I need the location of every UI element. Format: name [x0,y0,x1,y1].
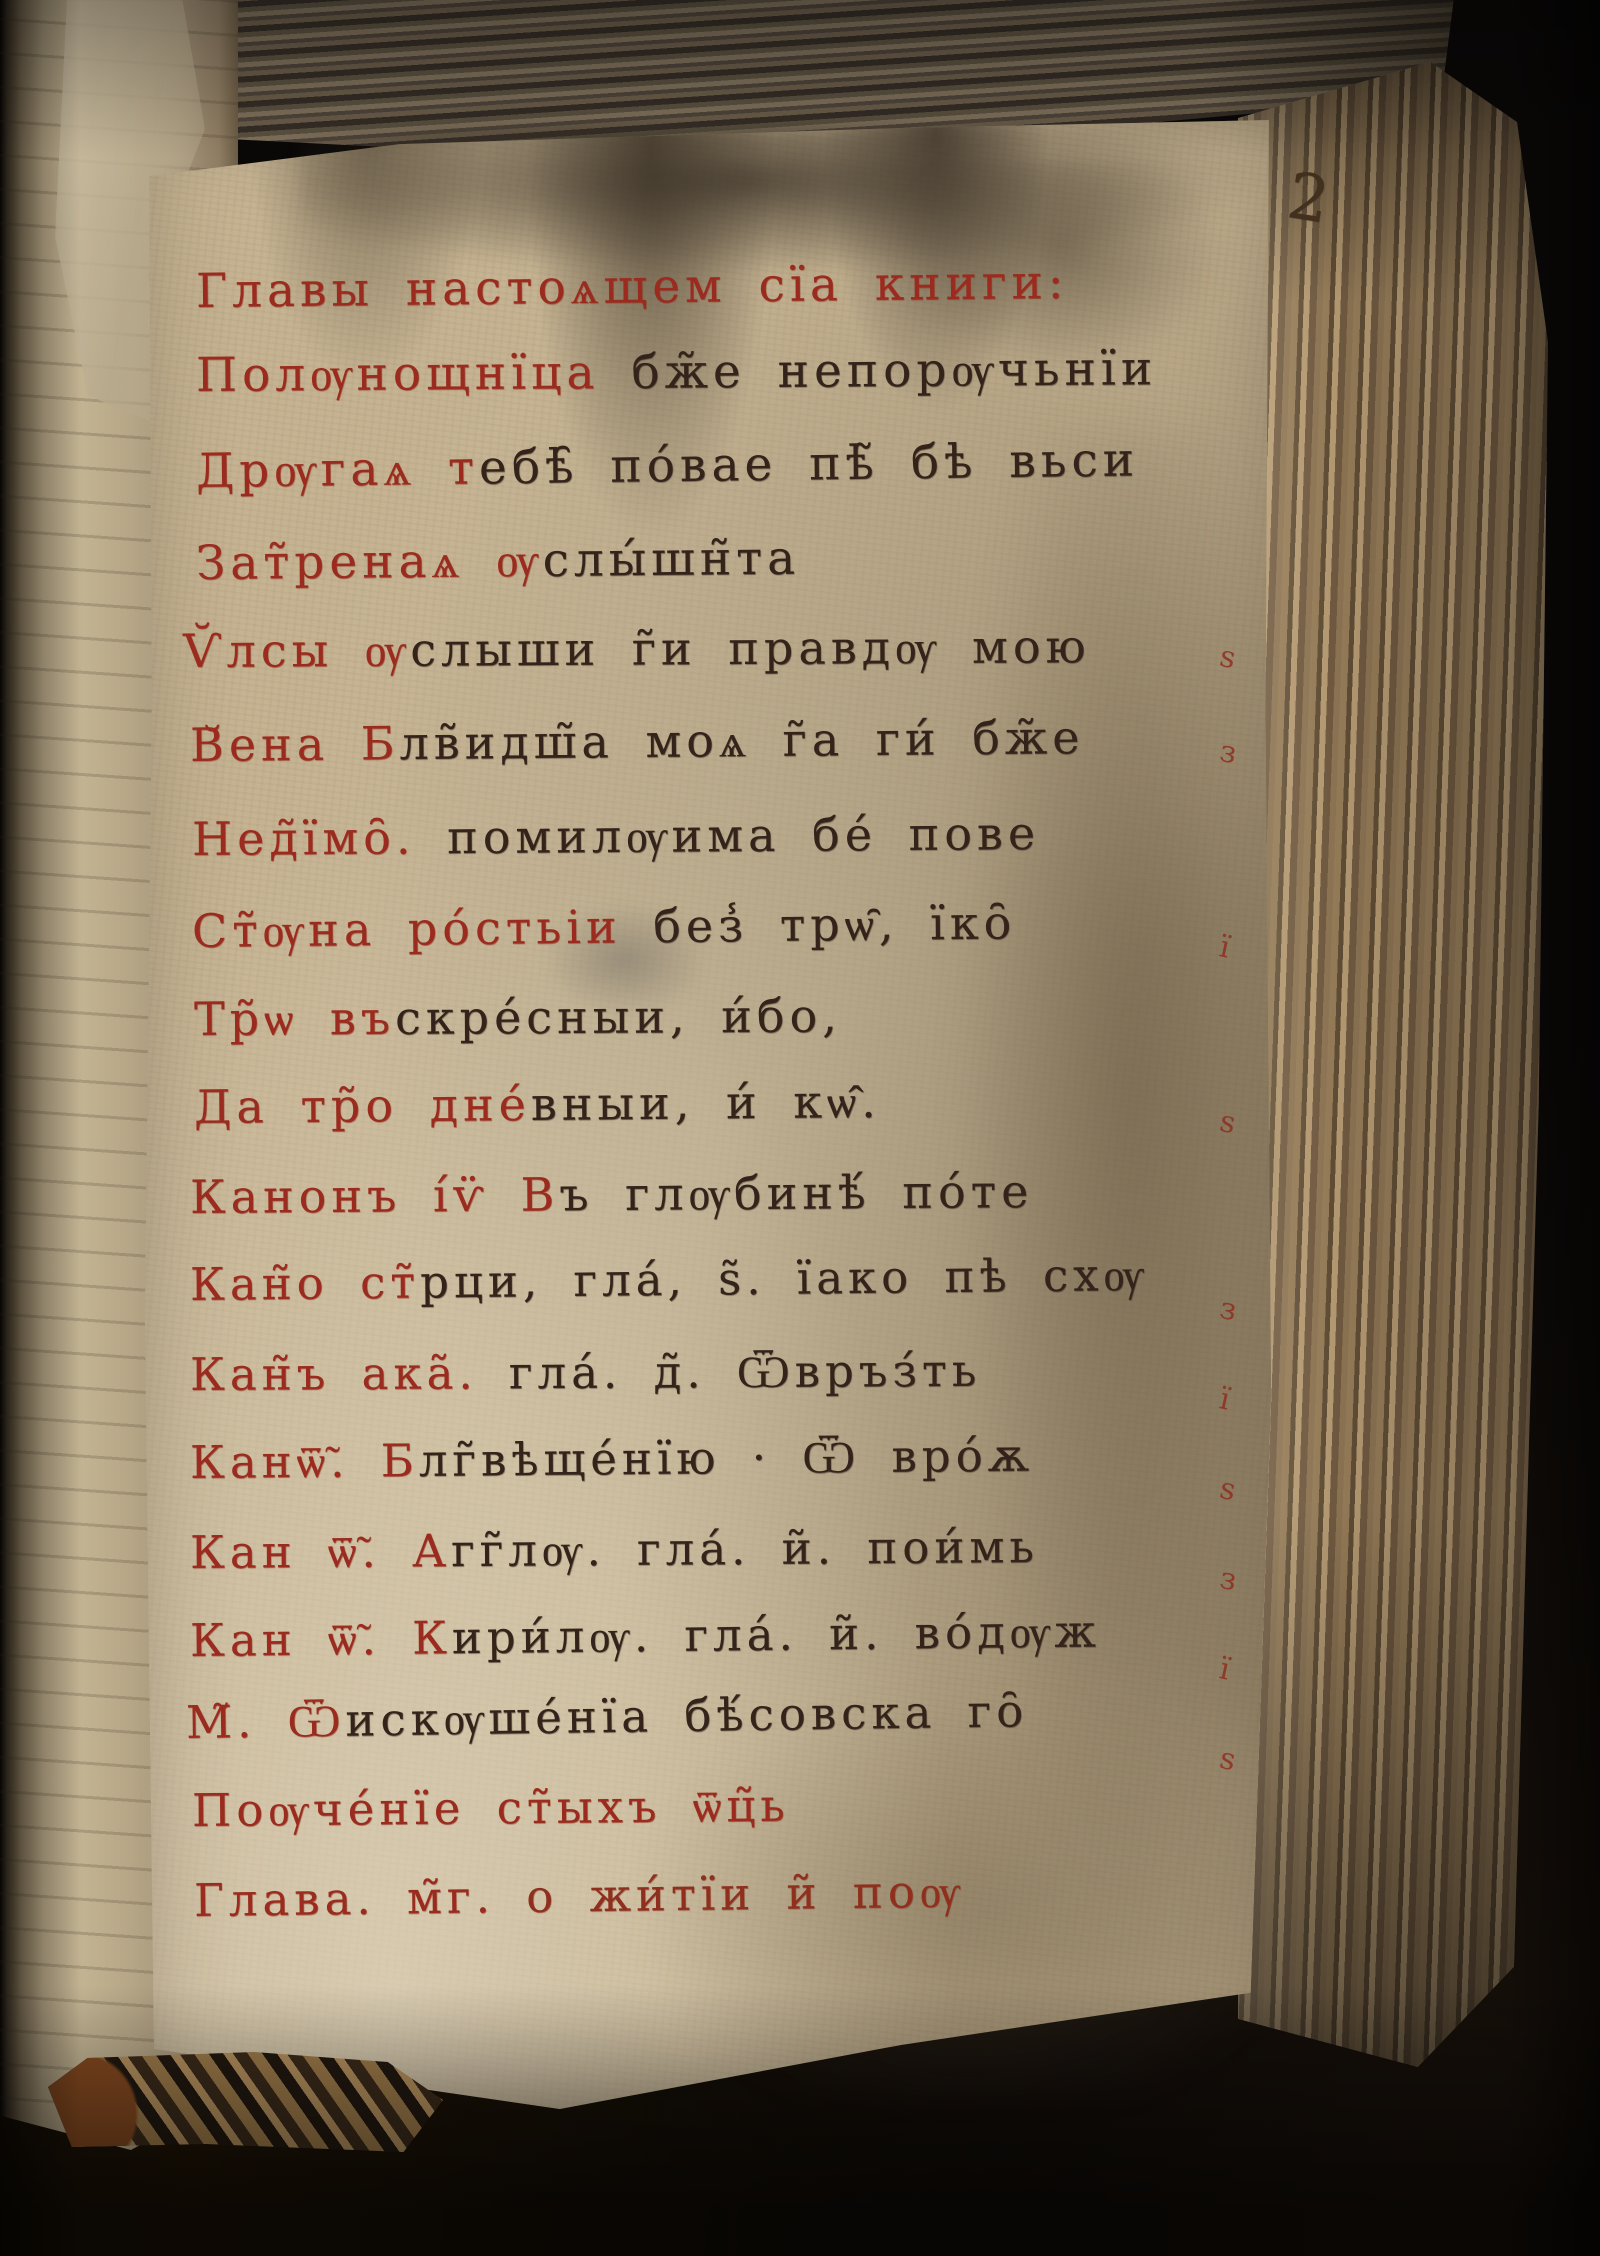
line-segment-dark: гг̃лѹ. гла́. и̃. пои́мь [451,1520,1039,1577]
line-segment-dark: слы́шн̃та [542,531,800,588]
manuscript-line: Кан ѿ̃. Кири́лѹ. гла́. и̃. во́дѹж [190,1608,1101,1663]
manuscript-line: Нед̃їмо̑. помилѹима бе́ пове [192,810,1040,862]
line-segment-dark: рци, гла́, ѕ̃. їако пѣ схѹ [420,1248,1149,1309]
line-segment-dark: лв̃идш̃а моѧ г̃а ги́ бж̃е [399,710,1084,770]
margin-mark: ѕ [1217,1104,1239,1141]
line-segment-red: Поѹче́нїе ст̃ыхъ ѿц̃ь [192,1779,790,1837]
line-segment-red: В̆ена Б [190,716,400,772]
margin-mark: ѕ [1217,639,1239,676]
line-segment-red: Зат̃ренаѧ ѹ [196,533,543,591]
manuscript-line: Канонъ і́ѵ̈ Въ глѹбинѣ́ по́те [190,1168,1034,1220]
line-segment-dark: ебѣ̑ по́вае пѣ̃ бѣ вьси [479,432,1140,495]
line-segment-dark: ъ глѹбинѣ́ по́те [559,1164,1033,1221]
line-segment-red: Кан ѿ̃. К [190,1611,452,1667]
text-block: Главы настоѧщем сїа книги:Полѹнощнїца бж… [0,0,1600,2256]
manuscript-line: Тр̃ѡ въскре́сныи, и́бо, [194,993,842,1042]
manuscript-line: Ѵ̆лсы ѹслыши г̃и правдѹ мою [182,623,1091,674]
manuscript-line: Канѿ̃. Блг̃вѣще́нїю · Ѿ вро́ѫ [190,1433,1034,1485]
line-segment-red: Главы настоѧщем сїа книги: [196,255,1069,319]
line-segment-dark: скре́сныи, и́бо, [395,989,842,1045]
manuscript-line: Ст̃ѹна ро́стьіи без̾ трѡ̑, їко̑ [192,899,1017,954]
line-segment-dark: помилѹима бе́ пове [447,806,1040,864]
line-segment-red: М̃. Ѿ [186,1694,346,1749]
manuscript-line: Дрѹгаѧ тебѣ̑ по́вае пѣ̃ бѣ вьси [196,436,1140,495]
line-segment-red2: о жи́тїи и̃ поѹ [526,1865,965,1923]
manuscript-line: Кан̃о ст̃рци, гла́, ѕ̃. їако пѣ схѹ [190,1252,1149,1307]
line-segment-dark: вныи, и́ кѡ̂. [531,1074,881,1131]
margin-mark: з [1217,1291,1240,1329]
margin-mark: ї [1216,929,1233,965]
line-segment-red: Да тр̃о дне́ [194,1077,531,1134]
line-segment-red: Кан ѿ̃. А [190,1524,452,1579]
line-segment-dark: ири́лѹ. гла́. и̃. во́дѹж [452,1604,1101,1664]
line-segment-red: Глава. м̃г. [194,1870,527,1927]
line-segment-dark: гла́. д̃. Ѿвръз́ть [509,1344,982,1399]
manuscript-line: Глава. м̃г. о жи́тїи и̃ поѹ [194,1869,965,1923]
manuscript-line: Зат̃ренаѧ ѹслы́шн̃та [196,535,801,587]
manuscript-line: Да тр̃о дне́вныи, и́ кѡ̂. [194,1078,881,1130]
line-segment-dark: искѹше́нїа бѣ́совска го̑ [345,1684,1029,1747]
margin-mark: ѕ [1217,1471,1239,1508]
manuscript-line: В̆ена Блв̃идш̃а моѧ г̃а ги́ бж̃е [190,714,1085,768]
line-segment-dark: слыши г̃и правдѹ мою [410,619,1091,677]
manuscript-line: М̃. Ѿискѹше́нїа бѣ́совска го̑ [186,1688,1029,1745]
line-segment-red: Нед̃їмо̑. [192,810,447,866]
line-segment-red: Канѿ̃. Б [190,1434,419,1489]
manuscript-line: Главы настоѧщем сїа книги: [196,259,1069,315]
margin-mark: ї [1216,1651,1233,1687]
line-segment-dark: без̾ трѡ̑, їко̑ [653,895,1017,953]
manuscript-line: Полѹнощнїца бж̃е непорѹчьнїи [196,345,1158,399]
endband [48,2052,443,2152]
line-segment-red: Полѹнощнїца [196,345,632,403]
line-segment-red: Кан̃о ст̃ [190,1256,421,1311]
manuscript-line: Кан̃ъ ака̃. гла́. д̃. Ѿвръз́ть [190,1348,982,1397]
margin-mark: з [1217,1561,1240,1599]
line-segment-dark: лг̃вѣще́нїю · Ѿ вро́ѫ [419,1429,1035,1487]
line-segment-red: Ст̃ѹна ро́стьіи [192,899,654,958]
margin-mark: ї [1216,1381,1233,1417]
line-segment-red: Дрѹгаѧ т [196,441,480,499]
line-segment-red: Ѵ̆лсы ѹ [182,623,411,678]
line-segment-red: Кан̃ъ ака̃. [190,1346,509,1401]
manuscript-photo: 2 Главы настоѧщем сїа книги:Полѹнощнїца … [0,0,1600,2256]
manuscript-line: Поѹче́нїе ст̃ыхъ ѿц̃ь [192,1783,790,1833]
line-segment-red: Тр̃ѡ въ [194,991,395,1046]
line-segment-red: Канонъ і́ѵ̈ В [190,1167,560,1224]
margin-mark: з [1217,734,1240,772]
manuscript-line: Кан ѿ̃. Агг̃лѹ. гла́. и̃. пои́мь [190,1524,1039,1575]
margin-mark: ѕ [1217,1741,1239,1778]
line-segment-dark: бж̃е непорѹчьнїи [631,341,1157,400]
